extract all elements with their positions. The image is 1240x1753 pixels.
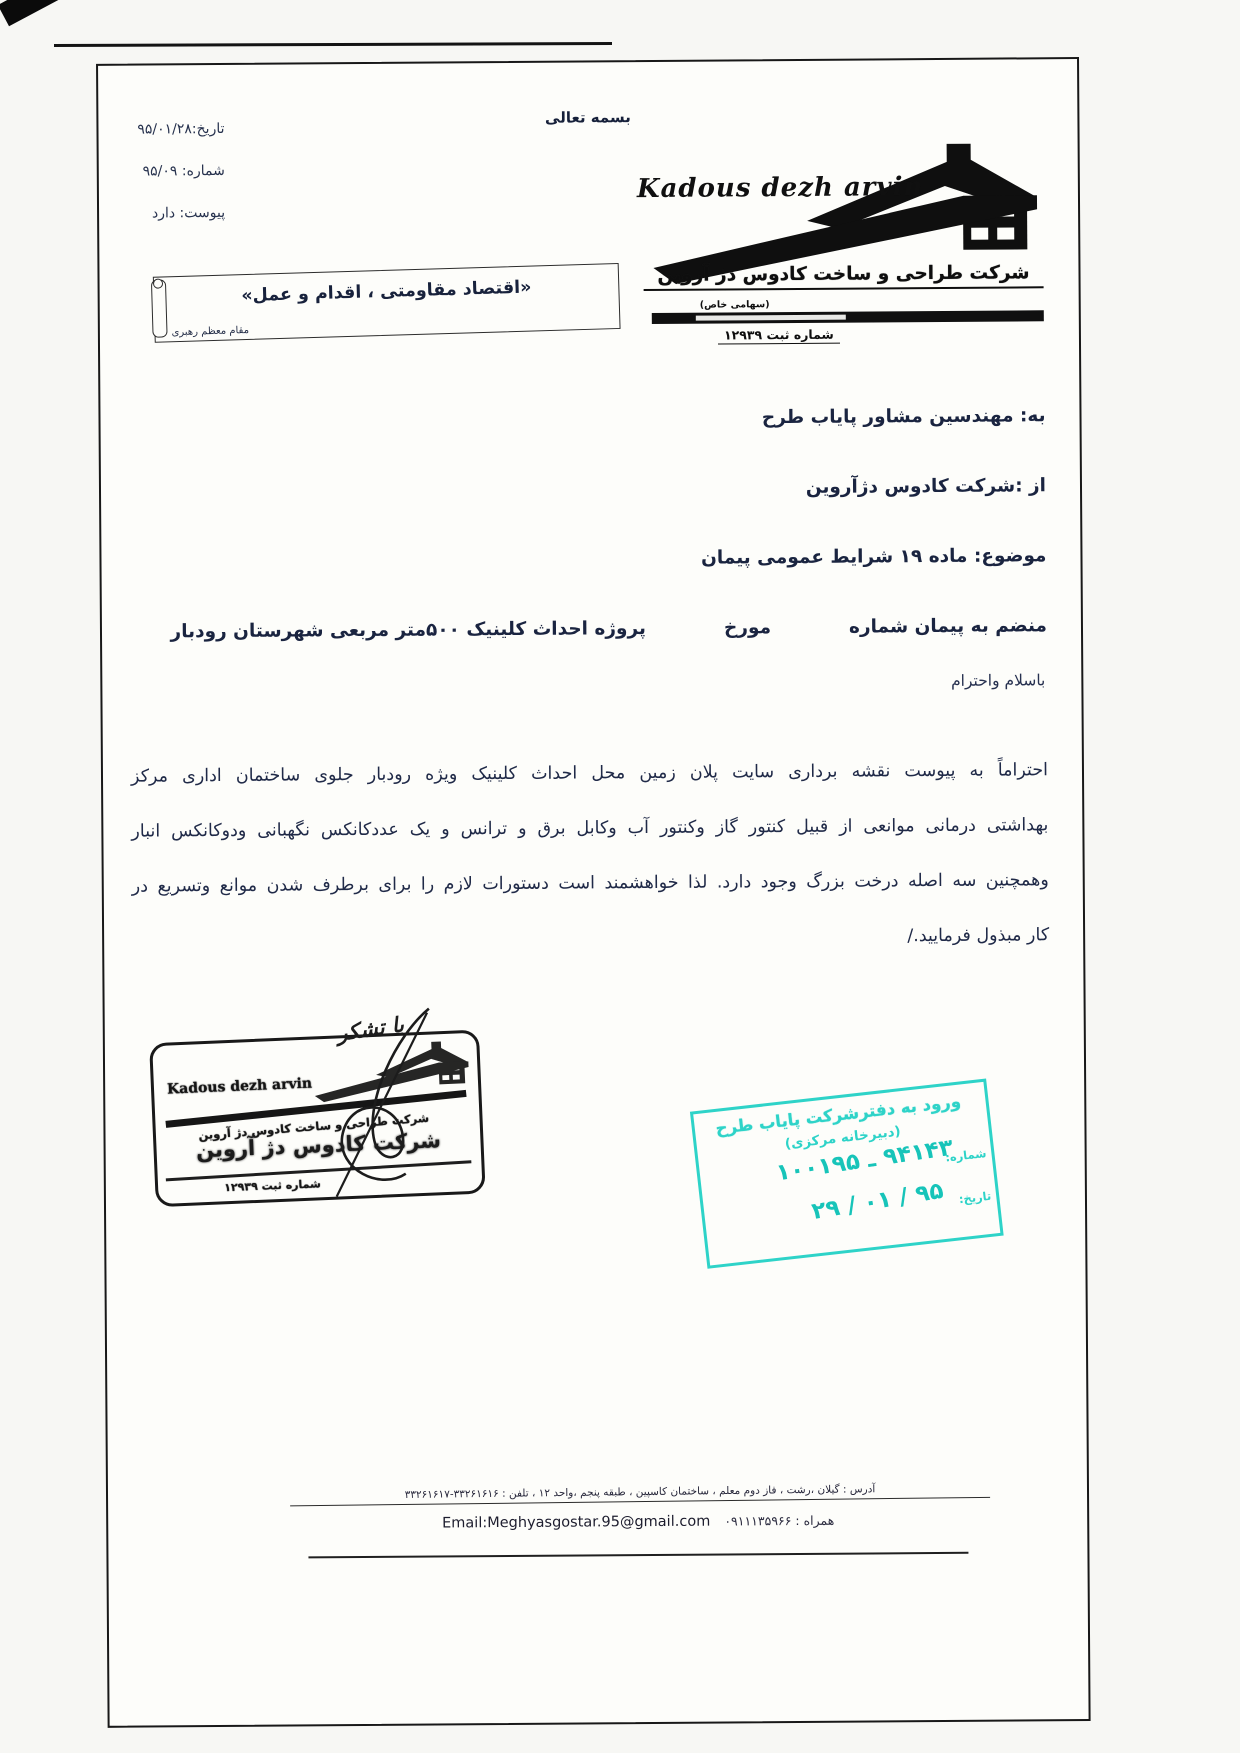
ref-dated: مورخ bbox=[724, 617, 771, 638]
footer-divider bbox=[308, 1552, 968, 1559]
letter-from: از :شرکت کادوس دژآروین bbox=[806, 475, 1046, 498]
logo-company-name: شرکت طراحی و ساخت کادوس دژ آروین bbox=[643, 262, 1043, 291]
logo-registration: شماره ثبت ۱۲۹۳۹ bbox=[718, 327, 840, 345]
body-line: احتراماً به پیوست نقشه برداری سایت پلان … bbox=[131, 757, 1048, 818]
footer-address: آدرس : گیلان ،رشت ، فاز دوم معلم ، ساختم… bbox=[290, 1482, 990, 1507]
scanned-letter-page: { "scan": { "bismillah": "بسمه تعالی" },… bbox=[0, 0, 1240, 1753]
letter-body: احتراماً به پیوست نقشه برداری سایت پلان … bbox=[131, 757, 1050, 983]
body-line: وهمچنین سه اصله درخت بزرگ وجود دارد. لذا… bbox=[132, 867, 1049, 928]
letter-ref-line: منضم به پیمان شماره مورخ پروژه احداث کلی… bbox=[170, 615, 1047, 642]
meta-attachment: پیوست: دارد bbox=[117, 205, 225, 222]
meta-number: شماره: ۹۵/۰۹ bbox=[117, 163, 225, 180]
logo-company-type: (سهامی خاص) bbox=[700, 299, 770, 310]
letter-meta-block: تاریخ:۹۵/۰۱/۲۸ شماره: ۹۵/۰۹ پیوست: دارد bbox=[116, 121, 225, 248]
scan-artifact-corner bbox=[0, 0, 60, 26]
slogan-banner: «اقتصاد مقاومتی ، اقدام و عمل» مقام معظم… bbox=[153, 263, 621, 343]
footer-email: Email:Meghyasgostar.95@gmail.com bbox=[442, 1514, 710, 1532]
entry-stamp: ورود به دفترشرکت پایاب طرح (دبیرخانه مرک… bbox=[690, 1079, 1004, 1269]
logo-latin-name: Kadous dezh arvin bbox=[637, 172, 924, 204]
slogan-text: «اقتصاد مقاومتی ، اقدام و عمل» bbox=[154, 275, 618, 309]
signature-icon bbox=[277, 1000, 456, 1217]
body-line: کار مبذول فرمایید./ bbox=[132, 922, 1049, 983]
scan-artifact-line bbox=[54, 42, 612, 47]
ref-annex: منضم به پیمان شماره bbox=[849, 615, 1047, 637]
letter-to: به: مهندسین مشاور پایاب طرح bbox=[762, 405, 1046, 428]
slogan-attribution: مقام معظم رهبری bbox=[171, 325, 249, 338]
entry-stamp-date-value: ۹۵ / ۰۱ / ۲۹ bbox=[810, 1178, 946, 1225]
footer-contact-line: Email:Meghyasgostar.95@gmail.com همراه :… bbox=[248, 1511, 1028, 1532]
body-line: بهداشتی درمانی موانعی از قبیل کنتور گاز … bbox=[131, 812, 1048, 873]
company-stamp: با تشکر Kadous dezh arvin شرکت طراحی و س… bbox=[149, 1030, 486, 1208]
logo-black-bar bbox=[652, 310, 1044, 324]
meta-date: تاریخ:۹۵/۰۱/۲۸ bbox=[116, 121, 224, 138]
bismillah-text: بسمه تعالی bbox=[98, 105, 1077, 130]
ref-project: پروژه احداث کلینیک ۵۰۰متر مربعی شهرستان … bbox=[170, 618, 646, 642]
letter-subject: موضوع: ماده ۱۹ شرایط عمومی پیمان bbox=[701, 545, 1047, 568]
letter-page-frame: بسمه تعالی تاریخ:۹۵/۰۱/۲۸ شماره: ۹۵/۰۹ پ… bbox=[96, 57, 1091, 1728]
letter-salutation: باسلام واحترام bbox=[951, 671, 1045, 690]
entry-stamp-date-label: تاریخ: bbox=[958, 1189, 992, 1207]
footer-mobile: همراه : ۰۹۱۱۱۳۵۹۶۶ bbox=[724, 1513, 834, 1529]
